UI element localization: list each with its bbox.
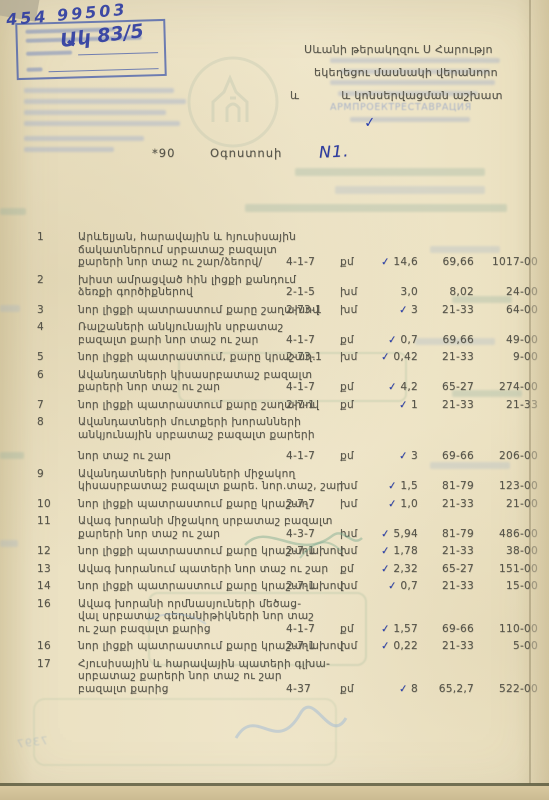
item-body: Ավագ խորանում պատերի նոր տաշ ու շարքմ✓2,… [78,563,538,576]
item-unit: քմ [340,563,370,576]
checkmark-icon: ✓ [388,480,398,493]
item-quantity: ✓1,78 [370,545,418,558]
bleed-box-outline [33,698,337,766]
item-values-line: նոր լիցքի պատրաստում քարը շաղախով2-7-1քմ… [78,399,538,412]
item-body: նոր լիցքի պատրաստում, քարը կրաշաղ.2-73-1… [78,351,538,364]
item-norm-code: 2-7-1 [286,640,340,653]
item-unit: քմ [340,683,370,696]
bleed-artifact [335,186,485,194]
checkmark-icon: ✓ [381,622,391,635]
item-unit: խմ [340,480,370,493]
item-rate: 21-33 [418,399,474,412]
item-description: Ավագ խորանում պատերի նոր տաշ ու շար [78,563,286,576]
item-values-line: նոր լիցքի պատրաստում քարը կրաշաղախով2-7-… [78,580,538,593]
items-list: 1Արևելյան, հարավային և հյուսիսայինճակատն… [28,231,538,700]
item-quantity: ✓3 [370,304,418,317]
item-body: նոր լիցքի պատրաստում քարը կրաշաղ.2-7-7խմ… [78,498,538,511]
item-quantity: ✓8 [370,683,418,696]
stamp-field-line [26,60,158,73]
title-line-3-text: և կոնսերվացման աշխատ [341,89,502,102]
checkmark-icon: ✓ [388,381,398,394]
item-quantity: ✓3 [370,450,418,463]
item-unit: խմ [340,580,370,593]
item-number: 13 [28,563,78,576]
item-row: 3նոր լիցքի պատրաստում քարը շաղախով2-73-1… [28,304,538,317]
item-quantity: ✓0,7 [370,334,418,347]
item-quantity: ✓14,6 [370,256,418,269]
item-rate: 69-66 [418,450,474,463]
item-values-line: բազալտ քարից4-37քմ✓865,2,7522-00 [78,683,538,696]
item-number: 3 [28,304,78,317]
item-norm-code: 2-7-1 [286,580,340,593]
checkmark-icon: ✓ [398,303,408,316]
item-description-line: Ավանդատների խորանների միջակող [78,468,538,481]
item-description-line: Արևելյան, հարավային և հյուսիսային [78,231,538,244]
item-unit: քմ [340,256,370,269]
checkmark-icon: ✓ [381,545,391,558]
checkmark-icon: ✓ [388,580,398,593]
checkmark-icon: ✓ [381,640,391,653]
item-description: ձեռքի գործիքներով [78,286,286,299]
item-description: նոր լիցքի պատրաստում քարը շաղախով [78,399,286,412]
item-rate: 21-33 [418,580,474,593]
item-description-line: ճակատներում սրբատաշ բազալտ [78,244,538,257]
item-unit: խմ [340,528,370,541]
item-norm-code: 2-73-1 [286,351,340,364]
item-description-line: խիստ ամրացված հին լիցքի քանդում [78,274,538,287]
item-description-line: Ռալշաների անկյունային սրբատաշ [78,321,538,334]
item-row: 9Ավանդատների խորանների միջակողկիսասրբատա… [28,468,538,493]
item-rate: 65,2,7 [418,683,474,696]
item-description: նոր լիցքի պատրաստում քարը շաղախով [78,304,286,317]
item-unit: քմ [340,381,370,394]
item-row: 8Ավանդատների մուտքերի խորաններիանկյունայ… [28,416,538,463]
bleed-artifact [0,305,20,312]
item-body: Ավանդատների կիսասրբատաշ բազալտքարերի նոր… [78,369,538,394]
checkmark-icon: ✓ [398,398,408,411]
document-title: Սևանի թերակղզու Ս Հարությո եկեղեցու մասն… [290,38,549,107]
item-quantity: ✓0,22 [370,640,418,653]
item-body: Ավագ խորանի որմնասյուների մեծաց-վալ սրբա… [78,598,538,636]
item-quantity: ✓1,5 [370,480,418,493]
item-row: 16Ավագ խորանի որմնասյուների մեծաց-վալ սր… [28,598,538,636]
item-values-line: ձեռքի գործիքներով2-1-5խմ3,08,0224-00 [78,286,538,299]
item-body: նոր լիցքի պատրաստում քարը կրաշաղախով2-7-… [78,580,538,593]
scanned-document-page: 454 99503 Ակ 83/5 АРМПРОЕКТРЕСТАВРАЦИЯ Ս… [0,0,549,800]
item-description-line: անկյունային սրբատաշ բազալտ քարերի [78,429,538,442]
item-norm-code: 2-7-1 [286,399,340,412]
item-number: 7 [28,399,78,412]
item-body: նոր լիցքի պատրաստում քարը շաղախով2-73-1խ… [78,304,538,317]
bleed-artifact [0,208,26,215]
item-rate: 21-33 [418,304,474,317]
item-body: խիստ ամրացված հին լիցքի քանդումձեռքի գոր… [78,274,538,299]
item-description: նոր լիցքի պատրաստում քարը կրաշաղ. [78,498,286,511]
item-values-line: նոր լիցքի պատրաստում քարը կրաշաղ.2-7-7խմ… [78,498,538,511]
item-unit: խմ [340,640,370,653]
item-number: 8 [28,416,78,463]
item-values-line: նոր տաշ ու շար4-1-7քմ✓369-66206-00 [78,450,538,463]
item-row: 6Ավանդատների կիսասրբատաշ բազալտքարերի նո… [28,369,538,394]
item-values-line: նոր լիցքի պատրաստում քարը կրաշաղախով2-7-… [78,545,538,558]
checkmark-icon: ✓ [398,450,408,463]
item-values-line: կիսասրբատաշ բազալտ քարե. նոր.տաշ, շարխմ✓… [78,480,538,493]
amp-word: և [290,89,299,102]
item-unit: քմ [340,334,370,347]
item-description-line: Ավանդատների մուտքերի խորանների [78,416,538,429]
item-quantity: ✓4,2 [370,381,418,394]
checkmark-icon: ✓ [398,682,408,695]
item-norm-code: 4-3-7 [286,528,340,541]
item-rate: 69-66 [418,623,474,636]
bleed-artifact [245,204,507,212]
item-number: 5 [28,351,78,364]
item-number: 16 [28,640,78,653]
item-unit: խմ [340,351,370,364]
bleed-artifact [0,452,24,459]
item-unit: խմ [340,498,370,511]
item-unit: խմ [340,545,370,558]
item-row: 7նոր լիցքի պատրաստում քարը շաղախով2-7-1ք… [28,399,538,412]
item-description: նոր տաշ ու շար [78,450,286,463]
item-description-line: սրբատաշ քարերի նոր տաշ ու շար [78,670,538,683]
item-rate: 65-27 [418,563,474,576]
item-description-line: Ավանդատների կիսասրբատաշ բազալտ [78,369,538,382]
bleed-artifact [0,540,18,547]
item-description: քարերի նոր տաշ ու շար [78,528,286,541]
item-norm-code: 4-1-7 [286,334,340,347]
item-values-line: նոր լիցքի պատրաստում, քարը կրաշաղ.2-73-1… [78,351,538,364]
title-line-1: Սևանի թերակղզու Ս Հարությո [290,38,549,61]
item-values-line: նոր լիցքի պատրաստում քարը կրաշաղախով2-7-… [78,640,538,653]
item-description: ու շար բազալտ քարից [78,623,286,636]
item-quantity: ✓1 [370,399,418,412]
item-number: 14 [28,580,78,593]
item-rate: 81-79 [418,480,474,493]
item-unit: խմ [340,304,370,317]
item-row: 16նոր լիցքի պատրաստում քարը կրաշաղախով2-… [28,640,538,653]
item-rate: 21-33 [418,351,474,364]
item-row: 17Հյուսիսային և հարավային պատերի գլխա-սր… [28,658,538,696]
item-values-line: քարերի նոր տաշ ու շար4-3-7խմ✓5,9481-7948… [78,528,538,541]
checkmark-icon: ✓ [381,351,391,364]
item-norm-code: 2-7-7 [286,498,340,511]
item-unit: քմ [340,623,370,636]
item-values-line: նոր լիցքի պատրաստում քարը շաղախով2-73-1խ… [78,304,538,317]
item-row: 10նոր լիցքի պատրաստում քարը կրաշաղ.2-7-7… [28,498,538,511]
item-row: 14նոր լիցքի պատրաստում քարը կրաշաղախով2-… [28,580,538,593]
stamp-blank-rule [48,60,158,72]
item-values-line: բազալտ քարի նոր տաշ ու շար4-1-7քմ✓0,769,… [78,334,538,347]
item-body: Ավագ խորանի միջակող սրբատաշ բազալտքարերի… [78,515,538,540]
item-description: քարերի նոր տաշ ու շար/ձեորվ/ [78,256,286,269]
item-rate: 21-33 [418,498,474,511]
item-body: նոր լիցքի պատրաստում քարը կրաշաղախով2-7-… [78,545,538,558]
date-line: *90 Օգոստոսի N1. [152,142,349,161]
item-rate: 21-33 [418,640,474,653]
church-watermark-icon [183,52,283,152]
item-rate: 81-79 [418,528,474,541]
checkmark-icon: ✓ [388,333,398,346]
item-body: նոր լիցքի պատրաստում քարը կրաշաղախով2-7-… [78,640,538,653]
item-body: Ռալշաների անկյունային սրբատաշբազալտ քարի… [78,321,538,346]
item-row: 13Ավագ խորանում պատերի նոր տաշ ու շարքմ✓… [28,563,538,576]
item-norm-code: 2-7-1 [286,545,340,558]
item-rate: 65-27 [418,381,474,394]
item-rate: 69,66 [418,334,474,347]
item-quantity: ✓0,7 [370,580,418,593]
item-number: 2 [28,274,78,299]
checkmark-icon: ✓ [381,562,391,575]
item-description-line: վալ սրբատաշ գեղանիթիկների նոր տաշ [78,610,538,623]
item-description-line: Ավագ խորանի միջակող սրբատաշ բազալտ [78,515,538,528]
item-rate: 21-33 [418,545,474,558]
item-unit: խմ [340,286,370,299]
item-values-line: Ավագ խորանում պատերի նոր տաշ ու շարքմ✓2,… [78,563,538,576]
item-norm-code: 4-37 [286,683,340,696]
item-body: Ավանդատների խորանների միջակողկիսասրբատաշ… [78,468,538,493]
item-row: 2խիստ ամրացված հին լիցքի քանդումձեռքի գո… [28,274,538,299]
item-description: նոր լիցքի պատրաստում քարը կրաշաղախով [78,545,286,558]
item-row: 1Արևելյան, հարավային և հյուսիսայինճակատն… [28,231,538,269]
stamp-text-bar [26,67,42,71]
item-number: 1 [28,231,78,269]
item-row: 12նոր լիցքի պատրաստում քարը կրաշաղախով2-… [28,545,538,558]
item-values-line: քարերի նոր տաշ ու շար4-1-7քմ✓4,265-27274… [78,381,538,394]
item-number: 10 [28,498,78,511]
item-values-line: ու շար բազալտ քարից4-1-7քմ✓1,5769-66110-… [78,623,538,636]
checkmark-icon: ✓ [381,527,391,540]
item-number: 16 [28,598,78,636]
item-rate: 8,02 [418,286,474,299]
item-quantity: ✓5,94 [370,528,418,541]
item-row: 5նոր լիցքի պատրաստում, քարը կրաշաղ.2-73-… [28,351,538,364]
item-norm-code: 4-1-7 [286,256,340,269]
item-description: նոր լիցքի պատրաստում, քարը կրաշաղ. [78,351,286,364]
item-norm-code: 2-1-5 [286,286,340,299]
item-quantity: ✓0,42 [370,351,418,364]
item-norm-code: 4-1-7 [286,623,340,636]
item-norm-code: 4-1-7 [286,450,340,463]
item-rate: 69,66 [418,256,474,269]
item-unit: քմ [340,450,370,463]
scan-background-strip [0,786,549,800]
title-line-3: ևև կոնսերվացման աշխատ [290,84,549,107]
bleed-artifact [295,168,485,176]
item-number: 17 [28,658,78,696]
item-number: 9 [28,468,78,493]
title-line-2: եկեղեցու մասնակի վերանորո [290,61,549,84]
item-description: կիսասրբատաշ բազալտ քարե. նոր.տաշ, շար [78,480,286,493]
item-description: նոր լիցքի պատրաստում քարը կրաշաղախով [78,640,286,653]
item-norm-code: 2-73-1 [286,304,340,317]
checkmark-icon: ✓ [388,497,398,510]
item-description: քարերի նոր տաշ ու շար [78,381,286,394]
item-unit: քմ [340,399,370,412]
checkmark-icon: ✓ [381,256,391,269]
item-description-line: Հյուսիսային և հարավային պատերի գլխա- [78,658,538,671]
item-body: Արևելյան, հարավային և հյուսիսայինճակատնե… [78,231,538,269]
item-body: նոր լիցքի պատրաստում քարը շաղախով2-7-1քմ… [78,399,538,412]
item-quantity: ✓2,32 [370,563,418,576]
year-label: *90 [152,146,175,160]
item-row: 11Ավագ խորանի միջակող սրբատաշ բազալտքարե… [28,515,538,540]
item-quantity: ✓1,0 [370,498,418,511]
item-number: 11 [28,515,78,540]
item-values-line: քարերի նոր տաշ ու շար/ձեորվ/4-1-7քմ✓14,6… [78,256,538,269]
item-row: 4Ռալշաների անկյունային սրբատաշբազալտ քար… [28,321,538,346]
item-number: 6 [28,369,78,394]
checkmark-icon: ✓ [363,114,376,131]
item-number: 4 [28,321,78,346]
item-description: բազալտ քարից [78,683,286,696]
item-quantity: 3,0 [370,286,418,299]
month-label: Օգոստոսի [210,146,282,160]
item-description: նոր լիցքի պատրաստում քարը կրաշաղախով [78,580,286,593]
item-body: Ավանդատների մուտքերի խորաններիանկյունայի… [78,416,538,463]
item-number: 12 [28,545,78,558]
item-description-line: Ավագ խորանի որմնասյուների մեծաց- [78,598,538,611]
item-norm-code: 4-1-7 [286,381,340,394]
item-body: Հյուսիսային և հարավային պատերի գլխա-սրբա… [78,658,538,696]
item-description: բազալտ քարի նոր տաշ ու շար [78,334,286,347]
document-number: N1. [318,141,349,162]
paper-edge-strip [531,0,549,786]
item-quantity: ✓1,57 [370,623,418,636]
